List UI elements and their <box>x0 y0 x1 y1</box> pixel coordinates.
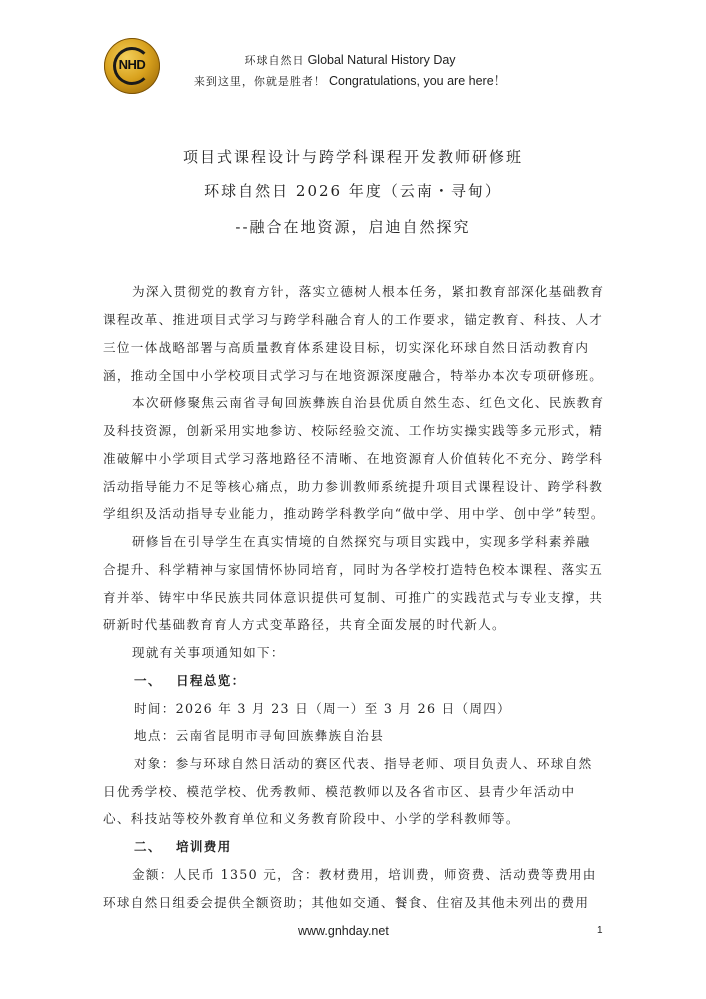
logo-text: NHD <box>104 57 160 72</box>
section-1-number: 一、 <box>134 670 162 689</box>
header-en-slogan: Congratulations, you are here！ <box>329 74 506 88</box>
body-line: 研新时代基础教育育人方式变革路径，共育全面发展的时代新人。 <box>103 614 506 633</box>
audience-line: 日优秀学校、模范学校、优秀教师、模范教师以及各省市区、县青少年活动中 <box>103 781 575 800</box>
body-line: 育并举、铸牢中华民族共同体意识提供可复制、可推广的实践范式与专业支撑，共 <box>103 587 603 606</box>
body-line: 三位一体战略部署与高质量教育体系建设目标，切实深化环球自然日活动教育内 <box>103 337 589 356</box>
audience-line: 对象：参与环球自然日活动的赛区代表、指导老师、项目负责人、环球自然 <box>134 753 593 772</box>
section-2-number: 二、 <box>134 836 162 855</box>
body-line: 合提升、科学精神与家国情怀协同培育，同时为各学校打造特色校本课程、落实五 <box>103 559 603 578</box>
fee-line: 环球自然日组委会提供全额资助；其他如交通、餐食、住宿及其他未列出的费用 <box>103 892 589 911</box>
header-cn-slogan: 来到这里，你就是胜者！ <box>194 75 326 88</box>
body-line: 准破解中小学项目式学习落地路径不清晰、在地资源育人价值转化不充分、跨学科 <box>103 448 603 467</box>
body-line: 学组织及活动指导专业能力，推动跨学科教学向“做中学、用中学、创中学”转型。 <box>103 503 605 522</box>
document-page: NHD 环球自然日 Global Natural History Day 来到这… <box>0 0 706 999</box>
header-en-name: Global Natural History Day <box>308 53 456 67</box>
document-tagline: --融合在地资源，启迪自然探究 <box>0 216 706 237</box>
document-title: 项目式课程设计与跨学科课程开发教师研修班 <box>0 146 706 167</box>
schedule-location: 地点：云南省昆明市寻甸回族彝族自治县 <box>134 725 384 744</box>
section-1-heading: 日程总览： <box>176 670 245 689</box>
header-line-1: 环球自然日 Global Natural History Day <box>180 52 520 68</box>
body-line: 本次研修聚焦云南省寻甸回族彝族自治县优质自然生态、红色文化、民族教育 <box>132 392 604 411</box>
header-cn-name: 环球自然日 <box>244 54 304 67</box>
body-line: 及科技资源，创新采用实地参访、校际经验交流、工作坊实操实践等多元形式，精 <box>103 420 603 439</box>
body-line: 为深入贯彻党的教育方针，落实立德树人根本任务，紧扣教育部深化基础教育 <box>132 281 604 300</box>
body-line: 课程改革、推进项目式学习与跨学科融合育人的工作要求，锚定教育、科技、人才 <box>103 309 603 328</box>
page-number: 1 <box>597 925 603 936</box>
body-line: 研修旨在引导学生在真实情境的自然探究与项目实践中，实现多学科素养融 <box>132 531 591 550</box>
fee-line: 金额：人民币 1350 元，含：教材费用，培训费，师资费、活动费等费用由 <box>132 864 597 883</box>
header-line-2: 来到这里，你就是胜者！ Congratulations, you are her… <box>180 71 520 89</box>
nhd-logo: NHD <box>104 38 160 94</box>
body-line: 涵，推动全国中小学校项目式学习与在地资源深度融合，特举办本次专项研修班。 <box>103 365 603 384</box>
footer-website-link[interactable]: www.gnhday.net <box>298 924 389 938</box>
body-line: 现就有关事项通知如下： <box>132 642 285 661</box>
schedule-time: 时间：2026 年 3 月 23 日（周一）至 3 月 26 日（周四） <box>134 698 511 717</box>
document-subtitle: 环球自然日 2026 年度（云南・寻甸） <box>0 180 706 201</box>
body-line: 活动指导能力不足等核心痛点，助力参训教师系统提升项目式课程设计、跨学科教 <box>103 476 603 495</box>
section-2-heading: 培训费用 <box>176 836 232 855</box>
audience-line: 心、科技站等校外教育单位和义务教育阶段中、小学的学科教师等。 <box>103 808 520 827</box>
